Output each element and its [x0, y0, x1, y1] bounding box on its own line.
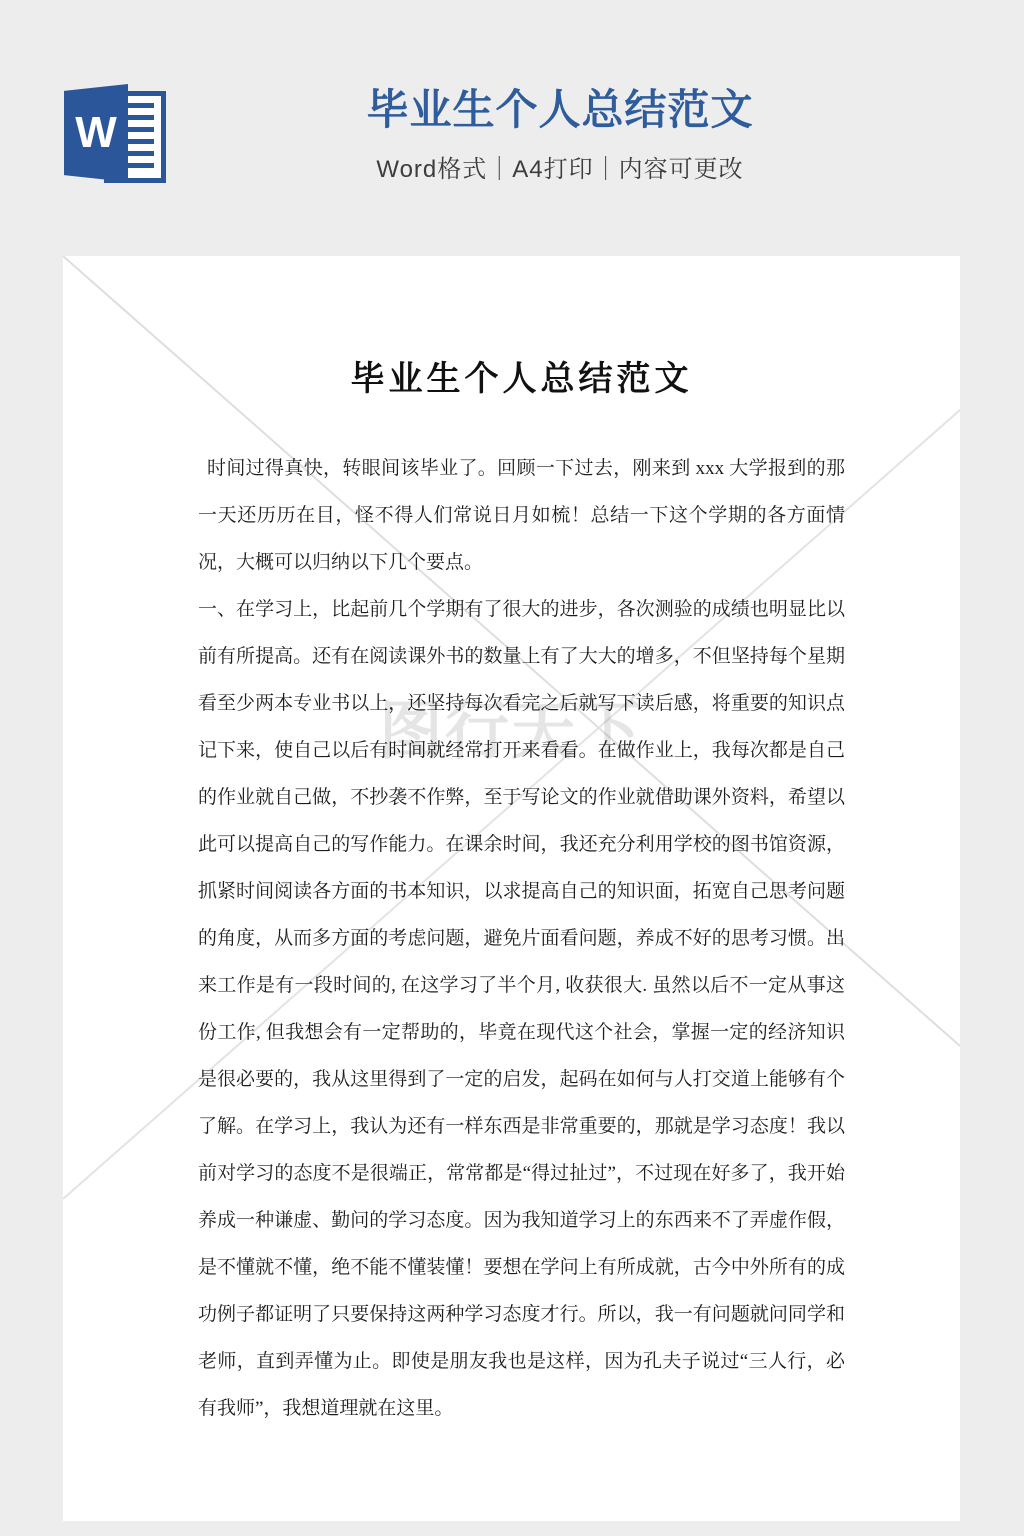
- document-body: 时间过得真快，转眼间该毕业了。回顾一下过去，刚来到 xxx 大学报到的那一天还历…: [198, 445, 845, 1432]
- page-background: W 毕业生个人总结范文 Word格式｜A4打印｜内容可更改 图行天下 毕业生个人…: [0, 0, 1024, 1536]
- page-title: 毕业生个人总结范文: [96, 86, 1024, 134]
- paragraph-main: 一、在学习上，比起前几个学期有了很大的进步，各次测验的成绩也明显比以前有所提高。…: [198, 586, 845, 1432]
- word-logo-panel: W: [64, 84, 128, 182]
- page-subtitle: Word格式｜A4打印｜内容可更改: [96, 149, 1024, 184]
- header: W 毕业生个人总结范文 Word格式｜A4打印｜内容可更改: [0, 0, 1024, 256]
- document-content: 毕业生个人总结范文 时间过得真快，转眼间该毕业了。回顾一下过去，刚来到 xxx …: [63, 256, 960, 1432]
- document-preview-page: 图行天下 毕业生个人总结范文 时间过得真快，转眼间该毕业了。回顾一下过去，刚来到…: [63, 256, 960, 1521]
- paragraph-intro: 时间过得真快，转眼间该毕业了。回顾一下过去，刚来到 xxx 大学报到的那一天还历…: [198, 445, 845, 586]
- document-title: 毕业生个人总结范文: [198, 360, 845, 401]
- word-logo-letter: W: [75, 111, 117, 155]
- word-logo-icon: W: [64, 84, 168, 182]
